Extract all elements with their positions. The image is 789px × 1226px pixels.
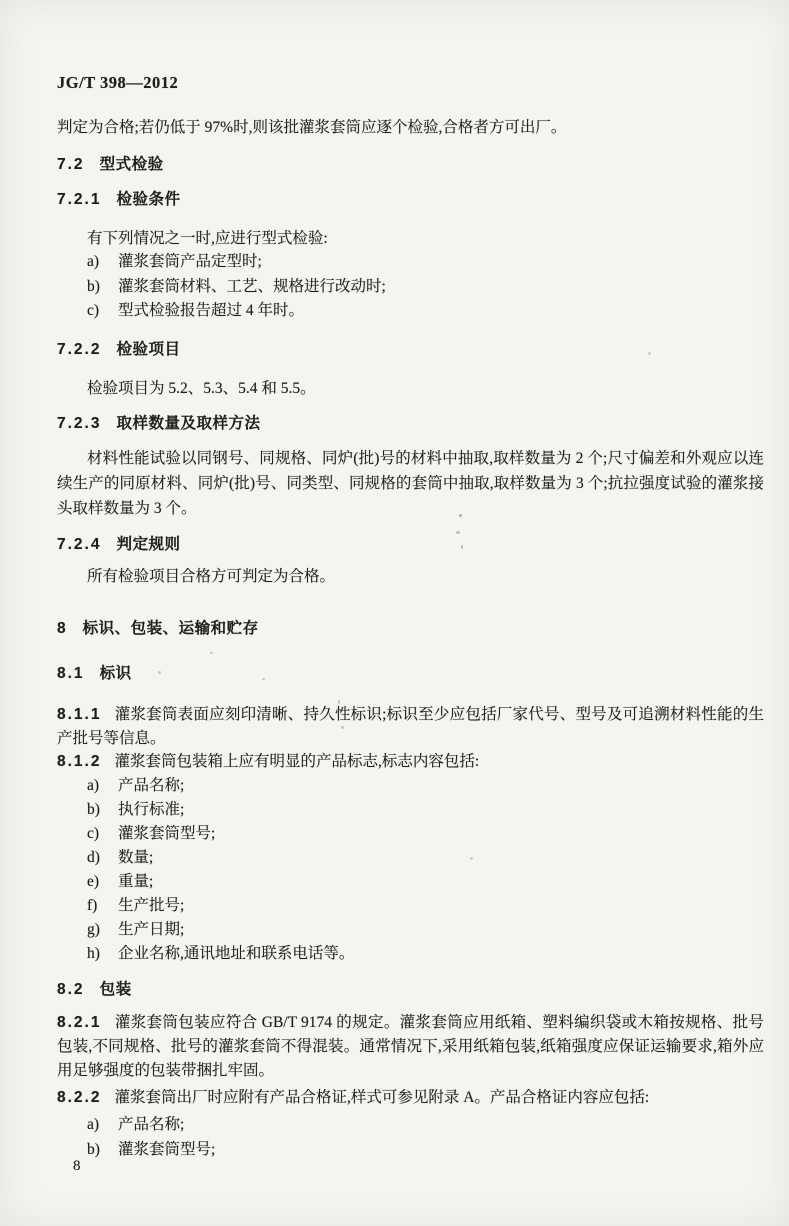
list-item-text: 执行标准; <box>118 801 184 818</box>
clause-8-1-2: 8.1.2灌浆套筒包装箱上应有明显的产品标志,标志内容包括: <box>57 750 764 774</box>
heading-title: 取样数量及取样方法 <box>116 415 260 432</box>
list-item: b)灌浆套筒型号; <box>57 1137 764 1162</box>
heading-7-2-4: 7.2.4判定规则 <box>57 532 764 554</box>
list-item-text: 灌浆套筒型号; <box>118 825 215 842</box>
list-item-text: 数量; <box>118 849 153 866</box>
list-item-text: 产品名称; <box>118 1116 184 1133</box>
list-item-text: 灌浆套筒材料、工艺、规格进行改动时; <box>118 278 386 295</box>
heading-number: 8.2 <box>57 981 85 998</box>
scan-speck <box>470 857 473 860</box>
heading-number: 7.2 <box>57 156 85 173</box>
heading-title: 标识 <box>100 665 132 682</box>
standard-code-header: JG/T 398—2012 <box>57 73 764 93</box>
list-item: c)灌浆套筒型号; <box>57 822 764 846</box>
clause-number: 8.1.1 <box>57 706 114 723</box>
list-item-text: 型式检验报告超过 4 年时。 <box>118 302 304 319</box>
clause-number: 8.2.2 <box>57 1089 114 1106</box>
heading-8-2: 8.2包装 <box>57 977 764 999</box>
list-item-label: c) <box>87 299 118 324</box>
list-item: c)型式检验报告超过 4 年时。 <box>57 299 764 324</box>
heading-number: 7.2.3 <box>57 415 101 432</box>
heading-7-2-1: 7.2.1检验条件 <box>57 187 764 209</box>
heading-number: 7.2.4 <box>57 536 101 553</box>
heading-7-2-3: 7.2.3取样数量及取样方法 <box>57 411 764 433</box>
heading-title: 检验项目 <box>116 341 180 358</box>
list-item-label: b) <box>87 275 118 300</box>
page-number: 8 <box>73 1158 81 1175</box>
list-item-text: 灌浆套筒型号; <box>118 1141 215 1158</box>
clause-number: 8.1.2 <box>57 753 114 770</box>
scan-speck <box>210 652 213 654</box>
list-item: g)生产日期; <box>57 918 764 942</box>
list-type-test-conditions: a)灌浆套筒产品定型时; b)灌浆套筒材料、工艺、规格进行改动时; c)型式检验… <box>57 250 764 324</box>
list-item: h)企业名称,通讯地址和联系电话等。 <box>57 942 764 966</box>
list-item: f)生产批号; <box>57 894 764 918</box>
heading-title: 标识、包装、运输和贮存 <box>83 620 259 637</box>
list-item-label: f) <box>87 894 118 918</box>
clause-number: 8.2.1 <box>57 1014 114 1031</box>
paragraph-inspection-items: 检验项目为 5.2、5.3、5.4 和 5.5。 <box>57 376 764 401</box>
heading-title: 包装 <box>100 981 132 998</box>
list-item-label: g) <box>87 918 118 942</box>
clause-text: 灌浆套筒出厂时应附有产品合格证,样式可参见附录 A。产品合格证内容应包括: <box>114 1089 649 1106</box>
scan-speck <box>158 671 161 674</box>
list-item-text: 重量; <box>118 873 153 890</box>
document-page: JG/T 398—2012 判定为合格;若仍低于 97%时,则该批灌浆套筒应逐个… <box>0 0 789 1226</box>
paragraph-sampling: 材料性能试验以同钢号、同规格、同炉(批)号的材料中抽取,取样数量为 2 个;尺寸… <box>57 446 764 521</box>
clause-8-2-1: 8.2.1灌浆套筒包装应符合 GB/T 9174 的规定。灌浆套筒应用纸箱、塑料… <box>57 1011 764 1083</box>
list-item-text: 生产批号; <box>118 897 184 914</box>
list-certificate-contents: a)产品名称; b)灌浆套筒型号; <box>57 1112 764 1162</box>
heading-number: 7.2.1 <box>57 191 101 208</box>
paragraph-type-test-conditions: 有下列情况之一时,应进行型式检验: <box>57 226 764 251</box>
list-item: d)数量; <box>57 846 764 870</box>
scan-speck <box>648 352 651 355</box>
scan-speck <box>262 678 265 680</box>
list-item-label: b) <box>87 1137 118 1162</box>
clause-8-1-1: 8.1.1灌浆套筒表面应刻印清晰、持久性标识;标识至少应包括厂家代号、型号及可追… <box>57 703 764 751</box>
heading-title: 型式检验 <box>100 156 164 173</box>
heading-title: 检验条件 <box>116 191 180 208</box>
heading-7-2: 7.2型式检验 <box>57 152 764 174</box>
list-item-label: a) <box>87 1112 118 1137</box>
heading-8-1: 8.1标识 <box>57 661 764 683</box>
list-item-label: a) <box>87 774 118 798</box>
scan-speck <box>461 545 463 549</box>
list-item-label: c) <box>87 822 118 846</box>
list-item: a)产品名称; <box>57 1112 764 1137</box>
list-item-text: 生产日期; <box>118 921 184 938</box>
list-item: a)灌浆套筒产品定型时; <box>57 250 764 275</box>
list-item-label: e) <box>87 870 118 894</box>
scan-speck <box>456 531 460 534</box>
clause-text: 灌浆套筒包装箱上应有明显的产品标志,标志内容包括: <box>114 753 479 770</box>
paragraph-continued: 判定为合格;若仍低于 97%时,则该批灌浆套筒应逐个检验,合格者方可出厂。 <box>57 115 764 140</box>
list-item-label: b) <box>87 798 118 822</box>
list-item-label: a) <box>87 250 118 275</box>
list-item-label: h) <box>87 942 118 966</box>
list-item-text: 产品名称; <box>118 777 184 794</box>
scan-speck <box>459 514 462 517</box>
heading-number: 8.1 <box>57 665 85 682</box>
list-item-text: 企业名称,通讯地址和联系电话等。 <box>118 945 354 962</box>
paragraph-judgement: 所有检验项目合格方可判定为合格。 <box>57 564 764 589</box>
heading-7-2-2: 7.2.2检验项目 <box>57 337 764 359</box>
clause-8-2-2: 8.2.2灌浆套筒出厂时应附有产品合格证,样式可参见附录 A。产品合格证内容应包… <box>57 1086 764 1110</box>
list-package-marks: a)产品名称; b)执行标准; c)灌浆套筒型号; d)数量; e)重量; f)… <box>57 774 764 966</box>
list-item: b)执行标准; <box>57 798 764 822</box>
list-item-label: d) <box>87 846 118 870</box>
scan-speck <box>338 700 340 704</box>
list-item: b)灌浆套筒材料、工艺、规格进行改动时; <box>57 275 764 300</box>
heading-8: 8标识、包装、运输和贮存 <box>57 616 764 638</box>
list-item: a)产品名称; <box>57 774 764 798</box>
heading-number: 8 <box>57 620 68 637</box>
scan-speck <box>341 726 344 729</box>
list-item-text: 灌浆套筒产品定型时; <box>118 253 262 270</box>
clause-text: 灌浆套筒包装应符合 GB/T 9174 的规定。灌浆套筒应用纸箱、塑料编织袋或木… <box>57 1014 764 1079</box>
list-item: e)重量; <box>57 870 764 894</box>
heading-number: 7.2.2 <box>57 341 101 358</box>
clause-text: 灌浆套筒表面应刻印清晰、持久性标识;标识至少应包括厂家代号、型号及可追溯材料性能… <box>57 706 764 747</box>
heading-title: 判定规则 <box>116 536 180 553</box>
